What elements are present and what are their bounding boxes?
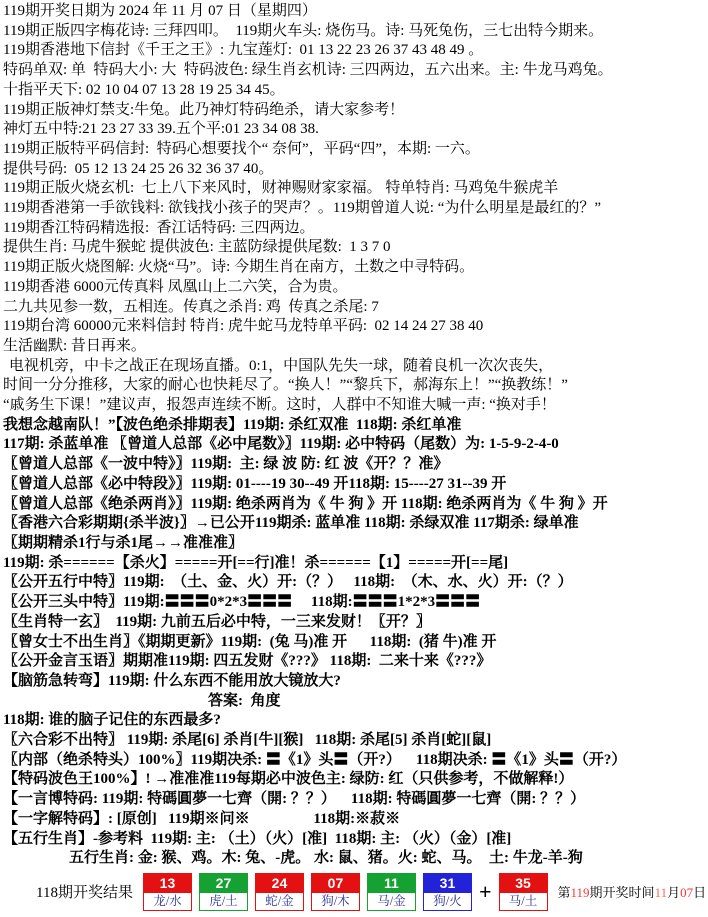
ball-zodiac-element: 龙/水: [144, 893, 191, 910]
ball-number: 35: [500, 874, 547, 893]
ball-zodiac-element: 虎/土: [200, 893, 247, 910]
result-ball: 13 龙/水: [143, 873, 192, 911]
text-line: 〖六合彩不出特〗 119期: 杀尾[6] 杀肖[牛][猴] 118期: 杀尾[5…: [3, 731, 708, 751]
next-draw-text: 期开奖时间: [590, 885, 655, 900]
ball-zodiac-element: 蛇/金: [256, 893, 303, 910]
text-line: 〖生肖特一玄〗 119期: 九前五后必中特，一三来发财！〖开？〗: [3, 613, 708, 633]
result-balls: 13 龙/水 27 虎/土 24 蛇/金 07 狗/木 11 马/金 31 狗/…: [143, 873, 548, 911]
text-line: 119期香港 6000元传真料 凤凰山上二六笑，合为贵。: [3, 278, 708, 298]
draw-results-bar: 118期开奖结果 13 龙/水 27 虎/土 24 蛇/金 07 狗/木 11 …: [0, 869, 708, 915]
text-line: 【一字解特码】: [原创] 119期※问※ 118期:※菽※: [3, 810, 708, 830]
lottery-tip-sheet: 119期开奖日期为 2024 年 11 月 07 日（星期四） 119期正版四字…: [0, 0, 708, 869]
text-line: 〖内部（绝杀特头）100%〗119期决杀: 〓《1》头〓（开?） 118期决杀:…: [3, 751, 708, 771]
text-line: 〖公开三头中特〗119期:〓〓〓0*2*3〓〓〓 118期:〓〓〓1*2*3〓〓…: [3, 593, 708, 613]
text-line: 二九共见参一数，五相连。传真之杀肖: 鸡 传真之杀尾: 7: [3, 298, 708, 318]
ball-number: 13: [144, 874, 191, 893]
text-line: 119期正版火烧玄机: 七上八下来风时，财神赐财家家福。 特单特肖: 马鸡兔牛猴…: [3, 179, 708, 199]
result-ball: 31 狗/火: [423, 873, 472, 911]
text-line-riddle-answer: 答案: 角度: [3, 692, 708, 712]
text-line: 十指平天下: 02 10 04 07 13 28 19 25 34 45。: [3, 81, 708, 101]
text-line-riddle: 118期: 谁的脑子记住的东西最多?: [3, 711, 708, 731]
ball-zodiac-element: 马/土: [500, 893, 547, 910]
next-draw-issue: 119: [571, 885, 590, 900]
ball-number: 11: [368, 874, 415, 893]
text-line-humor-story: 时间一分分推移，大家的耐心也快耗尽了。“换人！”“黎兵下，郝海东上！”“换教练！…: [3, 376, 708, 396]
text-line: 119期正版火烧图解: 火烧“马”。诗: 今期生肖在南方，土数之中寻特码。: [3, 258, 708, 278]
text-line: 119期: 杀======【杀火】=====开[==行]准！杀======【1】…: [3, 554, 708, 574]
next-draw-day: 07: [680, 885, 693, 900]
text-line: 119期香港第一手欲钱料: 欲钱找小孩子的哭声？。119期曾道人说: “为什么明…: [3, 199, 708, 219]
text-line: 〖曾道人总部《一波中特》〗119期: 主: 绿 波 防: 红 波《开？？准》: [3, 455, 708, 475]
text-line: 119期正版四字梅花诗: 三拜四叩。 119期火车头: 烧伤马。诗: 马死兔伤，…: [3, 22, 708, 42]
result-ball: 24 蛇/金: [255, 873, 304, 911]
text-line: 119期正版神灯禁支:牛兔。此乃神灯特码绝杀，请大家参考！: [3, 101, 708, 121]
text-line-draw-date: 119期开奖日期为 2024 年 11 月 07 日（星期四）: [3, 2, 708, 22]
next-draw-text: 第: [558, 885, 571, 900]
text-line: 〖曾道人总部《必中特段》〗119期: 01----19 30--49 开118期…: [3, 475, 708, 495]
result-ball: 07 狗/木: [311, 873, 360, 911]
text-line: 〖公开五行中特〗119期: （土、金、火）开:（？） 118期: （木、水、火）…: [3, 573, 708, 593]
text-line-humor-story: 电视机旁，中卡之战正在现场直播。0:1，中国队先失一球，随着良机一次次丧失，: [3, 357, 708, 377]
ball-number: 07: [312, 874, 359, 893]
result-ball: 11 马/金: [367, 873, 416, 911]
text-line: 119期台湾 60000元来料信封 特肖: 虎牛蛇马龙特单平码: 02 14 2…: [3, 317, 708, 337]
text-line: 特码单双: 单 特码大小: 大 特码波色: 绿生肖玄机诗: 三四两边，五六出来。…: [3, 61, 708, 81]
text-line: 117期: 杀蓝单准 〖曾道人总部《必中尾数》〗119期: 必中特码（尾数）为:…: [3, 435, 708, 455]
text-line-humor-story: “戚务生下课！”建议声，报怨声连续不断。这时，人群中不知谁大喊一声: “换对手！: [3, 396, 708, 416]
text-line: 【一言博特码: 119期: 特碼圓夢一七齊（開: ？？） 118期: 特碼圓夢一…: [3, 790, 708, 810]
text-line: 提供号码: 05 12 13 24 25 26 32 36 37 40。: [3, 160, 708, 180]
ball-number: 24: [256, 874, 303, 893]
ball-zodiac-element: 狗/木: [312, 893, 359, 910]
ball-zodiac-element: 狗/火: [424, 893, 471, 910]
next-draw-month: 11: [655, 885, 668, 900]
next-draw-text: 月: [667, 885, 680, 900]
next-draw-text: 日 星期: [693, 885, 708, 900]
text-line: 119期香江特码精选报: 香江话特码: 三四两边。: [3, 219, 708, 239]
text-line-wuxing-zodiac: 五行生肖: 金: 猴、鸡。木: 兔、-虎。 水: 鼠、猪。火: 蛇、马。 土: …: [3, 849, 708, 869]
text-line: 我想念越南队！”【波色绝杀排期表】119期: 杀红双准 118期: 杀红单准: [3, 416, 708, 436]
text-line: 【特码波色王100%】! →准准准119每期必中波色主: 绿防: 红（只供参考，…: [3, 770, 708, 790]
result-ball: 27 虎/土: [199, 873, 248, 911]
plus-sign: +: [479, 882, 492, 902]
ball-number: 27: [200, 874, 247, 893]
text-line: 119期正版特平码信封: 特码心想要找个“ 奈何”，平码“四”，本期: 一六。: [3, 140, 708, 160]
text-line: 【五行生肖】-参考料 119期: 主: （土）（火）[准] 118期: 主: （…: [3, 830, 708, 850]
text-line: 〖公开金言玉语〗期期准119期: 四五发财《???》 118期: 二来十来《??…: [3, 652, 708, 672]
ball-zodiac-element: 马/金: [368, 893, 415, 910]
text-line: 神灯五中特:21 23 27 33 39.五个平:01 23 34 08 38.: [3, 120, 708, 140]
text-line: 〖香港六合彩期期{杀半波}〗→已公开119期杀: 蓝单准 118期: 杀绿双准 …: [3, 514, 708, 534]
text-line: 〖曾道人总部《绝杀两肖》〗119期: 绝杀两肖为《 牛 狗 》开 118期: 绝…: [3, 495, 708, 515]
ball-number: 31: [424, 874, 471, 893]
next-draw-info: 第119期开奖时间11月07日 星期四21:30: [558, 882, 708, 901]
text-line-humor-title: 生活幽默: 昔日再来。: [3, 337, 708, 357]
text-line: 〖期期精杀1行与杀1尾→→准准准〗: [3, 534, 708, 554]
text-line: 〖曾女士不出生肖〗《期期更新》119期: (兔 马)准 开 118期: (猪 牛…: [3, 633, 708, 653]
text-line: 提供生肖: 马虎牛猴蛇 提供波色: 主蓝防绿提供尾数: 1 3 7 0: [3, 238, 708, 258]
text-line: 119期香港地下信封《千王之王》: 九宝莲灯: 01 13 22 23 26 3…: [3, 41, 708, 61]
results-label: 118期开奖结果: [36, 881, 133, 902]
result-ball-special: 35 马/土: [499, 873, 548, 911]
text-line-riddle: 【脑筋急转弯】119期: 什么东西不能用放大镜放大?: [3, 672, 708, 692]
